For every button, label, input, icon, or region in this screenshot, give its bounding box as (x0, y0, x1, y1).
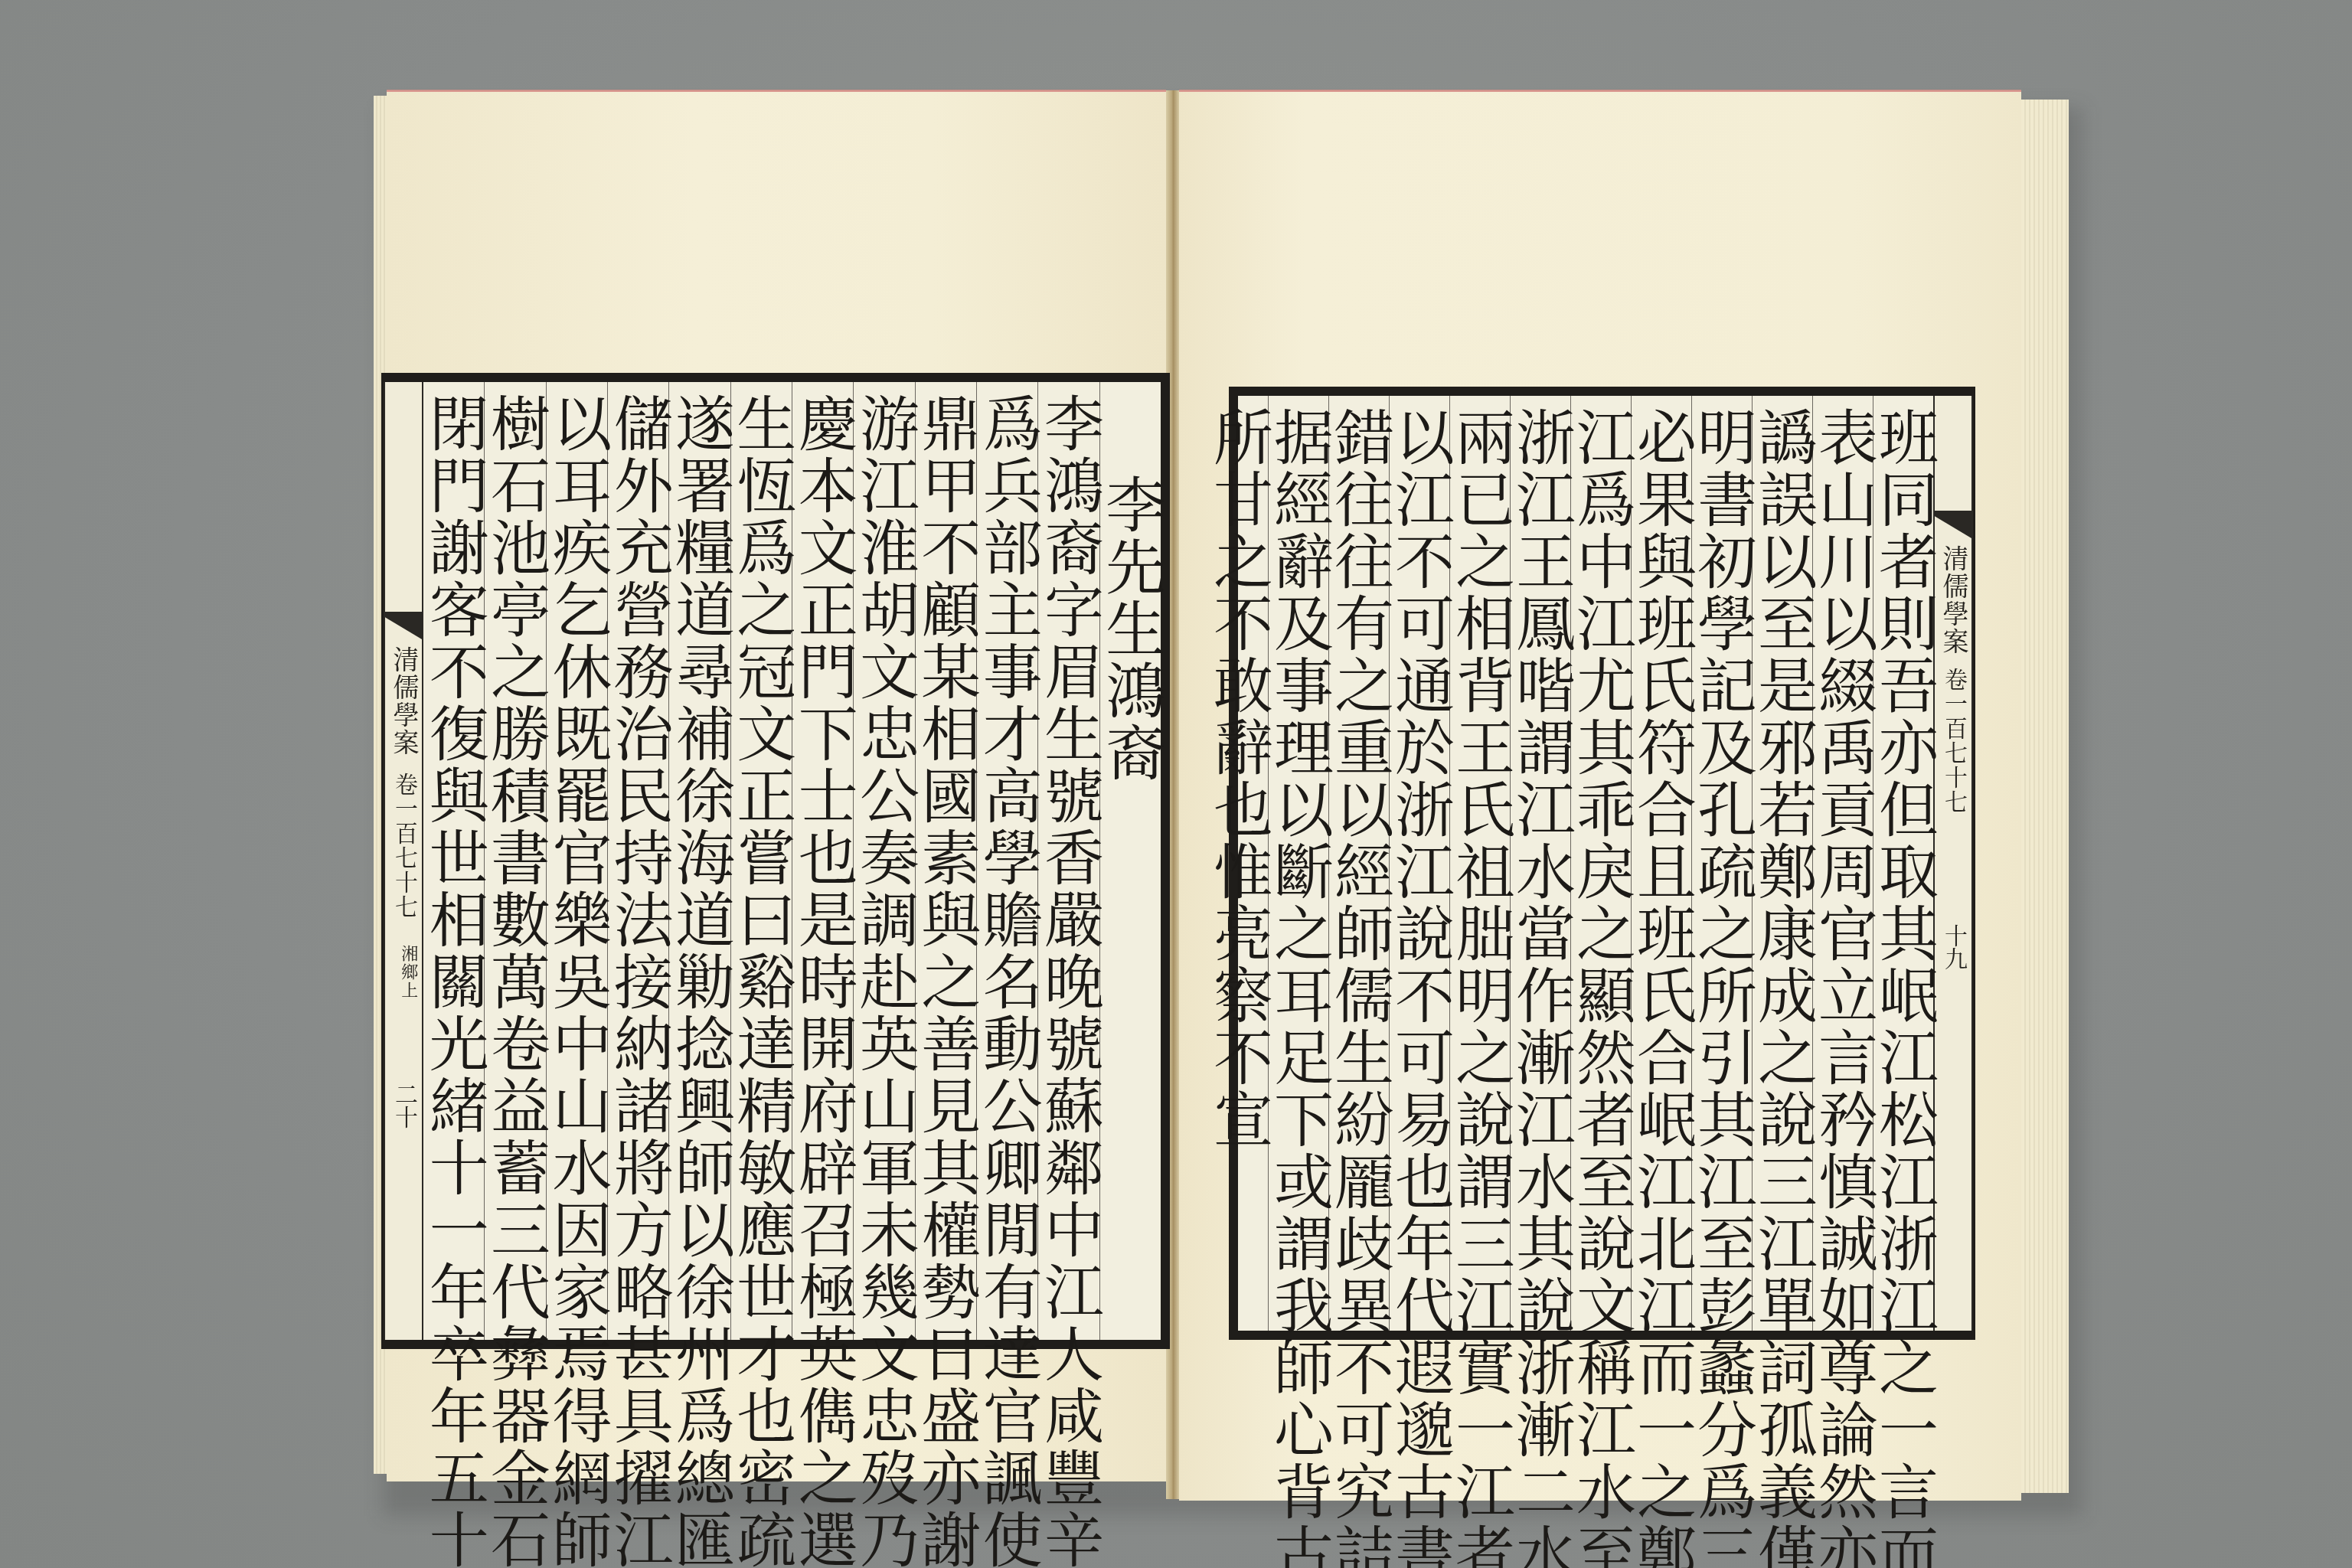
column-text: 游江淮胡文忠公奏調赴英山軍未幾文忠歿乃從文正於安 (854, 382, 914, 1340)
right-page-stack-edge (2021, 100, 2069, 1493)
column-text: 班同者則吾亦但取其岷江松江浙江之一言而已矣班氏推 (1873, 396, 1933, 1331)
text-column: 遂署糧道尋補徐海道勦捻興師以徐州爲總匯先生內莞胥 (668, 382, 730, 1340)
column-text: 江爲中江尤其乖戾之顯然者至說文稱江水至會稽山陰爲 (1571, 396, 1631, 1331)
text-column: 閉門謝客不復與世相關光緒十一年卒年五十有五先生工 (423, 382, 484, 1340)
column-text: 鼎甲不顧某相國素與之善見其權勢日盛亦謝絕之十年南 (916, 382, 975, 1340)
text-column: 以耳疾乞休既罷官樂吳中山水因家焉得網師園葺治之有 (546, 382, 607, 1340)
column-text: 譌誤以至是邪若鄭康成之說三江單詞孤義僅佚而見於兼 (1753, 396, 1812, 1331)
left-text-frame: 清儒學案 卷一百七十七 湘鄉上 二十 李先生鴻裔 李鴻裔字眉生號香嚴晚號蘇鄰中江… (381, 373, 1170, 1349)
text-column: 所甘之不敢辭也惟亮察不宣 (1208, 396, 1268, 1331)
entry-title: 李先生鴻裔 (1100, 382, 1160, 1340)
left-margin-strip: 清儒學案 卷一百七十七 湘鄉上 二十 (384, 382, 423, 1340)
column-text: 錯往往有之重以經師儒生紛龎歧異不可究詰獨以爲但當 (1329, 396, 1389, 1331)
text-column: 李鴻裔字眉生號香嚴晚號蘇鄰中江人咸豐辛亥舉人入貲 (1037, 382, 1099, 1340)
text-column: 鼎甲不顧某相國素與之善見其權勢日盛亦謝絕之十年南 (915, 382, 976, 1340)
text-column: 兩已之相背王氏祖朏明之說謂三江實一江者固不可從其 (1449, 396, 1510, 1331)
margin-book-title: 清儒學案 (1940, 545, 1966, 655)
margin-volume: 卷一百七十七 (1942, 668, 1965, 815)
text-column: 表山川以綴禹貢周官立言矜慎誠如尊論然亦安知非傳寫 (1812, 396, 1873, 1331)
text-column: 游江淮胡文忠公奏調赴英山軍未幾文忠歿乃從文正於安 (853, 382, 914, 1340)
text-column: 儲外充營務治民持法接納諸將方略甚具擢江蘇按察使遽 (607, 382, 668, 1340)
column-text: 明書初學記及孔疏之所引其江至彭蠡分爲三孔之說亦未 (1692, 396, 1752, 1331)
text-column: 譌誤以至是邪若鄭康成之說三江單詞孤義僅佚而見於兼 (1752, 396, 1812, 1331)
column-text: 慶本文正門下士也是時開府辟召極英儁之選程其器能先 (793, 382, 853, 1340)
margin-folio: 二十 (387, 1083, 420, 1129)
text-column: 慶本文正門下士也是時開府辟召極英儁之選程其器能先 (792, 382, 853, 1340)
text-column: 江爲中江尤其乖戾之顯然者至說文稱江水至會稽山陰爲 (1570, 396, 1631, 1331)
column-text: 閉門謝客不復與世相關光緒十一年卒年五十有五先生工 (424, 382, 484, 1340)
right-text-frame: 清儒學案 卷一百七十七 十九 班同者則吾亦但取其岷江松江浙江之一言而已矣班氏推 … (1229, 387, 1975, 1340)
column-text: 表山川以綴禹貢周官立言矜慎誠如尊論然亦安知非傳寫 (1813, 396, 1873, 1331)
text-column: 生恆爲之冠文正嘗曰谿達精敏應世才也密疏薦舉江南平 (730, 382, 792, 1340)
fishtail-mark (385, 612, 422, 639)
text-column: 以江不可通於浙江說不可易也年代遐邈古書舊說殘譌舛 (1389, 396, 1449, 1331)
right-top-edge-stain (1179, 90, 2021, 92)
column-text: 以耳疾乞休既罷官樂吳中山水因家焉得網師園葺治之有 (547, 382, 606, 1340)
column-text: 李鴻裔字眉生號香嚴晚號蘇鄰中江人咸豐辛亥舉人入貲 (1039, 382, 1099, 1340)
right-margin-strip: 清儒學案 卷一百七十七 十九 (1933, 396, 1973, 1331)
left-columns: 李先生鴻裔 李鴻裔字眉生號香嚴晚號蘇鄰中江人咸豐辛亥舉人入貲 爲兵部主事才高學贍… (423, 382, 1161, 1340)
right-columns: 班同者則吾亦但取其岷江松江浙江之一言而已矣班氏推 表山川以綴禹貢周官立言矜慎誠如… (1238, 396, 1933, 1331)
column-text: 樹石池亭之勝積書數萬卷益蓄三代彝器金石書畫以自娛 (485, 382, 545, 1340)
column-text: 据經辭及事理以斷之耳足下或謂我師心背古果於自用固 (1269, 396, 1328, 1331)
text-column: 班同者則吾亦但取其岷江松江浙江之一言而已矣班氏推 (1873, 396, 1933, 1331)
column-text: 必果與班氏符合且班氏合岷江北江而一之鄭康成乃以岷 (1632, 396, 1691, 1331)
margin-section: 湘鄉上 (400, 945, 416, 1000)
left-top-edge-stain (387, 90, 1166, 92)
margin-volume: 卷一百七十七 (392, 773, 415, 920)
fishtail-mark (1935, 511, 1971, 538)
text-column: 爲兵部主事才高學贍名動公卿閒有達官諷使出其門許以 (976, 382, 1037, 1340)
text-column: 明書初學記及孔疏之所引其江至彭蠡分爲三孔之說亦未 (1691, 396, 1752, 1331)
text-column: 据經辭及事理以斷之耳足下或謂我師心背古果於自用固 (1268, 396, 1328, 1331)
text-column: 樹石池亭之勝積書數萬卷益蓄三代彝器金石書畫以自娛 (484, 382, 545, 1340)
column-text: 浙江王鳳喈謂江水當作漸江水其說浙漸二水與尊說乃若 (1511, 396, 1570, 1331)
column-text: 爲兵部主事才高學贍名動公卿閒有達官諷使出其門許以 (978, 382, 1037, 1340)
column-text: 所甘之不敢辭也惟亮察不宣 (1208, 396, 1268, 1331)
column-text: 兩已之相背王氏祖朏明之說謂三江實一江者固不可從其 (1450, 396, 1510, 1331)
text-column: 錯往往有之重以經師儒生紛龎歧異不可究詰獨以爲但當 (1328, 396, 1389, 1331)
margin-book-title: 清儒學案 (390, 646, 416, 756)
text-column: 浙江王鳳喈謂江水當作漸江水其說浙漸二水與尊說乃若 (1510, 396, 1570, 1331)
text-column: 李先生鴻裔 (1099, 382, 1161, 1340)
text-column: 必果與班氏符合且班氏合岷江北江而一之鄭康成乃以岷 (1631, 396, 1691, 1331)
column-text: 遂署糧道尋補徐海道勦捻興師以徐州爲總匯先生內莞胥 (670, 382, 730, 1340)
margin-folio: 十九 (1936, 924, 1970, 970)
column-text: 生恆爲之冠文正嘗曰谿達精敏應世才也密疏薦舉江南平 (731, 382, 791, 1340)
column-text: 以江不可通於浙江說不可易也年代遐邈古書舊說殘譌舛 (1390, 396, 1449, 1331)
column-text: 儲外充營務治民持法接納諸將方略甚具擢江蘇按察使遽 (609, 382, 668, 1340)
